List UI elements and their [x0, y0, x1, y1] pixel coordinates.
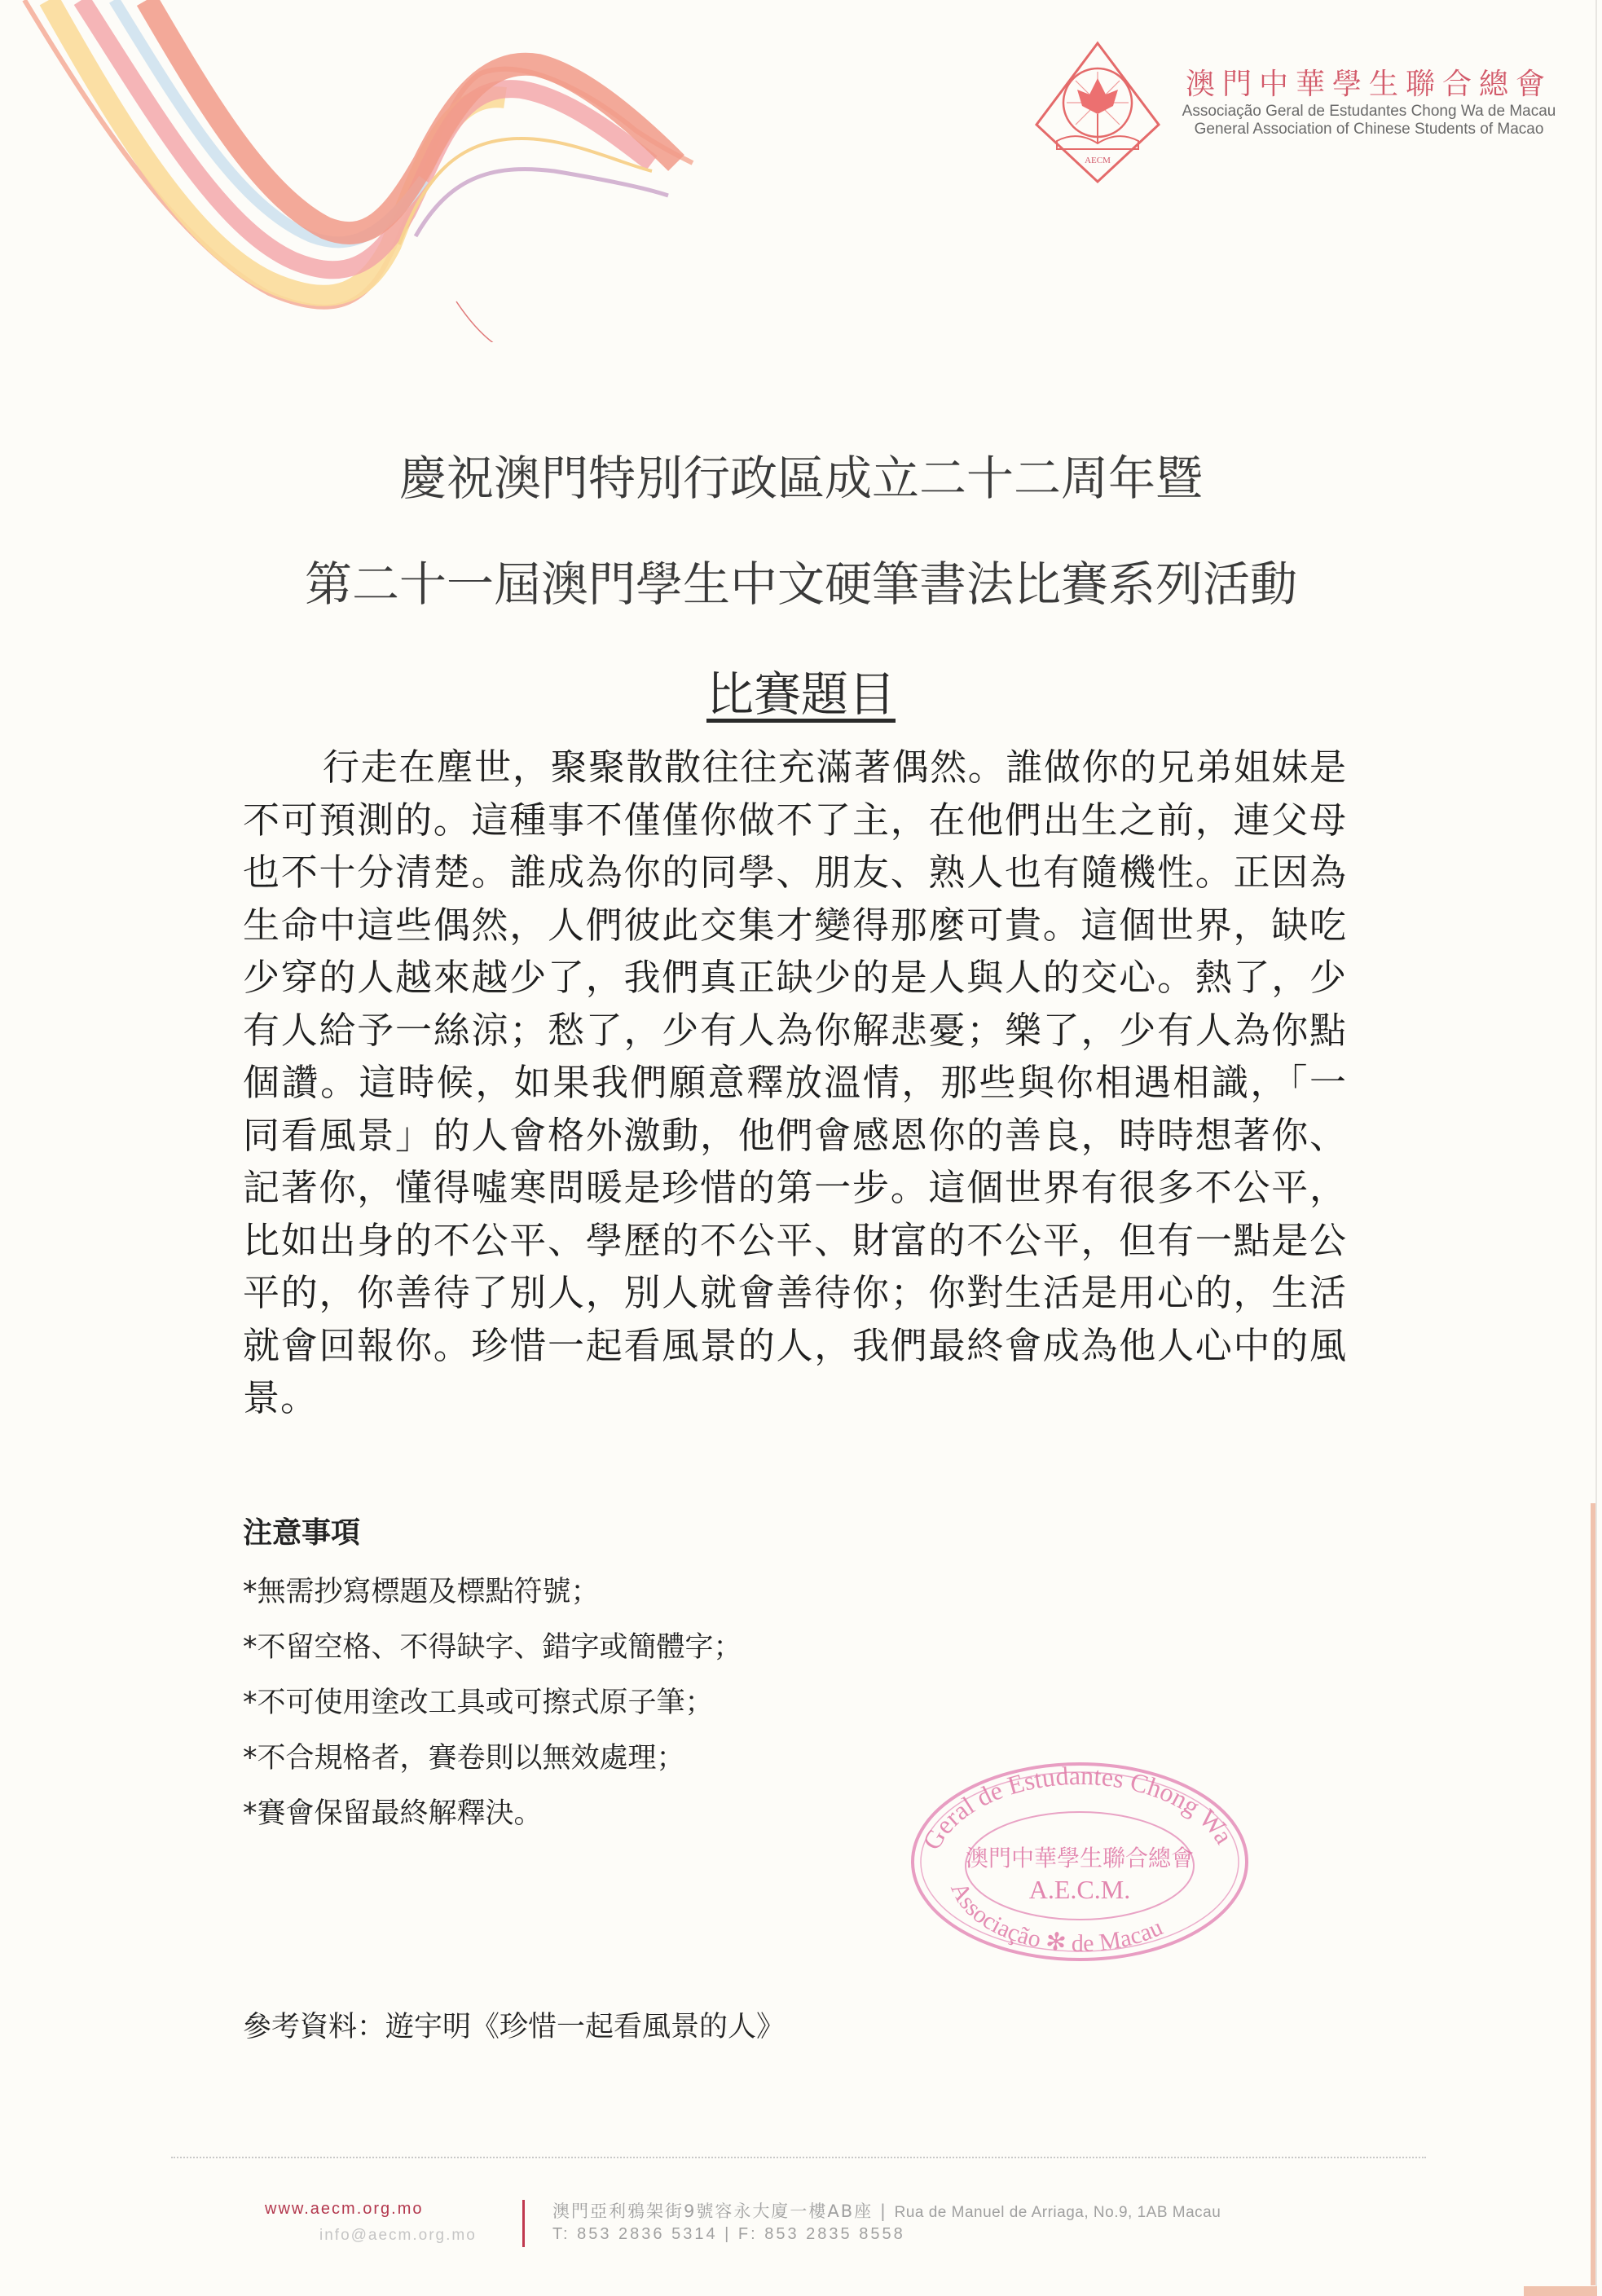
svg-text:Geral de Estudantes Chong Wa: Geral de Estudantes Chong Wa: [917, 1761, 1239, 1854]
decorative-edge-bar: [1591, 1503, 1595, 2285]
footer-divider: [171, 2157, 1426, 2158]
svg-text:A.E.C.M.: A.E.C.M.: [1029, 1875, 1130, 1904]
competition-passage: 行走在塵世，聚聚散散往往充滿著偶然。誰做你的兄弟姐妹是不可預測的。這種事不僅僅你…: [243, 741, 1347, 1425]
footer-phone-fax: T: 853 2836 5314 | F: 853 2835 8558: [552, 2225, 905, 2244]
document-title-line-1: 慶祝澳門特別行政區成立二十二周年暨: [0, 440, 1602, 508]
note-item: *賽會保留最終解釋決。: [243, 1786, 742, 1841]
footer-address: 澳門亞利鴉架街9號容永大廈一樓AB座 | Rua de Manuel de Ar…: [552, 2198, 1221, 2223]
footer-address-en: Rua de Manuel de Arriaga, No.9, 1AB Maca…: [895, 2204, 1221, 2221]
decorative-ribbon-swoosh: [0, 0, 1059, 342]
svg-text:澳門中華學生聯合總會: 澳門中華學生聯合總會: [966, 1845, 1194, 1872]
org-name-pt: Associação Geral de Estudantes Chong Wa …: [1149, 103, 1589, 121]
note-item: *無需抄寫標題及標點符號；: [243, 1564, 742, 1620]
document-title-line-2: 第二十一屆澳門學生中文硬筆書法比賽系列活動: [0, 546, 1602, 614]
aecm-logo-icon: AECM: [1028, 39, 1167, 186]
footer-address-zh: 澳門亞利鴉架街9號容永大廈一樓AB座: [552, 2201, 873, 2221]
subject-heading: 比賽題目: [0, 656, 1602, 724]
footer-email-link[interactable]: info@aecm.org.mo: [319, 2227, 477, 2245]
org-name-zh: 澳門中華學生聯合總會: [1149, 67, 1589, 103]
reference-source: 參考資料：遊宇明《珍惜一起看風景的人》: [243, 2004, 785, 2045]
notes-heading: 注意事項: [243, 1510, 360, 1551]
page-edge: [1595, 0, 1597, 2296]
decorative-edge-foot: [1524, 2286, 1597, 2296]
footer-separator: [522, 2200, 525, 2247]
note-item: *不合規格者，賽卷則以無效處理；: [243, 1731, 742, 1786]
notes-list: *無需抄寫標題及標點符號； *不留空格、不得缺字、錯字或簡體字； *不可使用塗改…: [243, 1564, 742, 1841]
footer-website-link[interactable]: www.aecm.org.mo: [265, 2200, 424, 2219]
note-item: *不留空格、不得缺字、錯字或簡體字；: [243, 1620, 742, 1675]
official-seal-stamp-icon: Geral de Estudantes Chong Wa Associação …: [900, 1752, 1259, 1964]
footer-address-separator: |: [880, 2201, 887, 2221]
subject-heading-text: 比賽題目: [706, 666, 896, 722]
org-name-en: General Association of Chinese Students …: [1149, 121, 1589, 139]
note-item: *不可使用塗改工具或可擦式原子筆；: [243, 1675, 742, 1731]
organization-header: 澳門中華學生聯合總會 Associação Geral de Estudante…: [1149, 67, 1589, 139]
svg-text:AECM: AECM: [1085, 156, 1111, 165]
